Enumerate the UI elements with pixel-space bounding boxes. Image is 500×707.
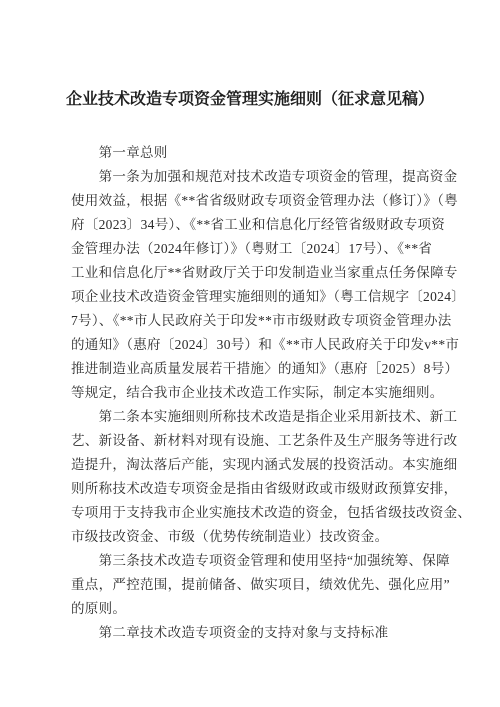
document-page: 企业技术改造专项资金管理实施细则（征求意见稿） 第一章总则 第一条为加强和规范对… — [0, 0, 500, 707]
document-line: 项企业技术改造资金管理实施细则的通知》（粤工信规字〔2024〕 — [71, 285, 443, 309]
document-body: 第一章总则 第一条为加强和规范对技术改造专项资金的管理，提高资金使用效益，根据《… — [71, 141, 443, 645]
document-line: 第一条为加强和规范对技术改造专项资金的管理，提高资金 — [71, 165, 443, 189]
document-line: 第一章总则 — [71, 141, 443, 165]
document-line: 7号）、《**市人民政府关于印发**市市级财政专项资金管理办法 — [71, 309, 443, 333]
document-line: 金管理办法（2024年修订）》（粤财工〔2024〕17号）、《**省 — [71, 237, 443, 261]
document-line: 重点，严控范围，提前储备、做实项目，绩效优先、强化应用” — [71, 573, 443, 597]
document-line: 的通知》（惠府〔2024〕30号）和《**市人民政府关于印发v**市 — [71, 333, 443, 357]
document-line: 专项用于支持我市企业实施技术改造的资金，包括省级技改资金、 — [71, 501, 443, 525]
document-line: 市级技改资金、市级（优势传统制造业）技改资金。 — [71, 525, 443, 549]
document-line: 的原则。 — [71, 597, 443, 621]
document-line: 推进制造业高质量发展若干措施〉的通知》（惠府［2025）8号） — [71, 357, 443, 381]
document-line: 造提升，淘汰落后产能，实现内涵式发展的投资活动。本实施细 — [71, 453, 443, 477]
document-line: 第二章技术改造专项资金的支持对象与支持标准 — [71, 621, 443, 645]
document-line: 则所称技术改造专项资金是指由省级财政或市级财政预算安排， — [71, 477, 443, 501]
document-line: 工业和信息化厅**省财政厅关于印发制造业当家重点任务保障专 — [71, 261, 443, 285]
document-line: 使用效益，根据《**省省级财政专项资金管理办法（修订）》（粤 — [71, 189, 443, 213]
document-line: 府〔2023〕34号）、《**省工业和信息化厅经管省级财政专项资 — [71, 213, 443, 237]
document-line: 艺、新设备、新材料对现有设施、工艺条件及生产服务等进行改 — [71, 429, 443, 453]
document-title: 企业技术改造专项资金管理实施细则（征求意见稿） — [0, 90, 500, 110]
document-line: 第二条本实施细则所称技术改造是指企业采用新技术、新工 — [71, 405, 443, 429]
document-line: 第三条技术改造专项资金管理和使用坚持“加强统筹、保障 — [71, 549, 443, 573]
document-line: 等规定，结合我市企业技术改造工作实际，制定本实施细则。 — [71, 381, 443, 405]
